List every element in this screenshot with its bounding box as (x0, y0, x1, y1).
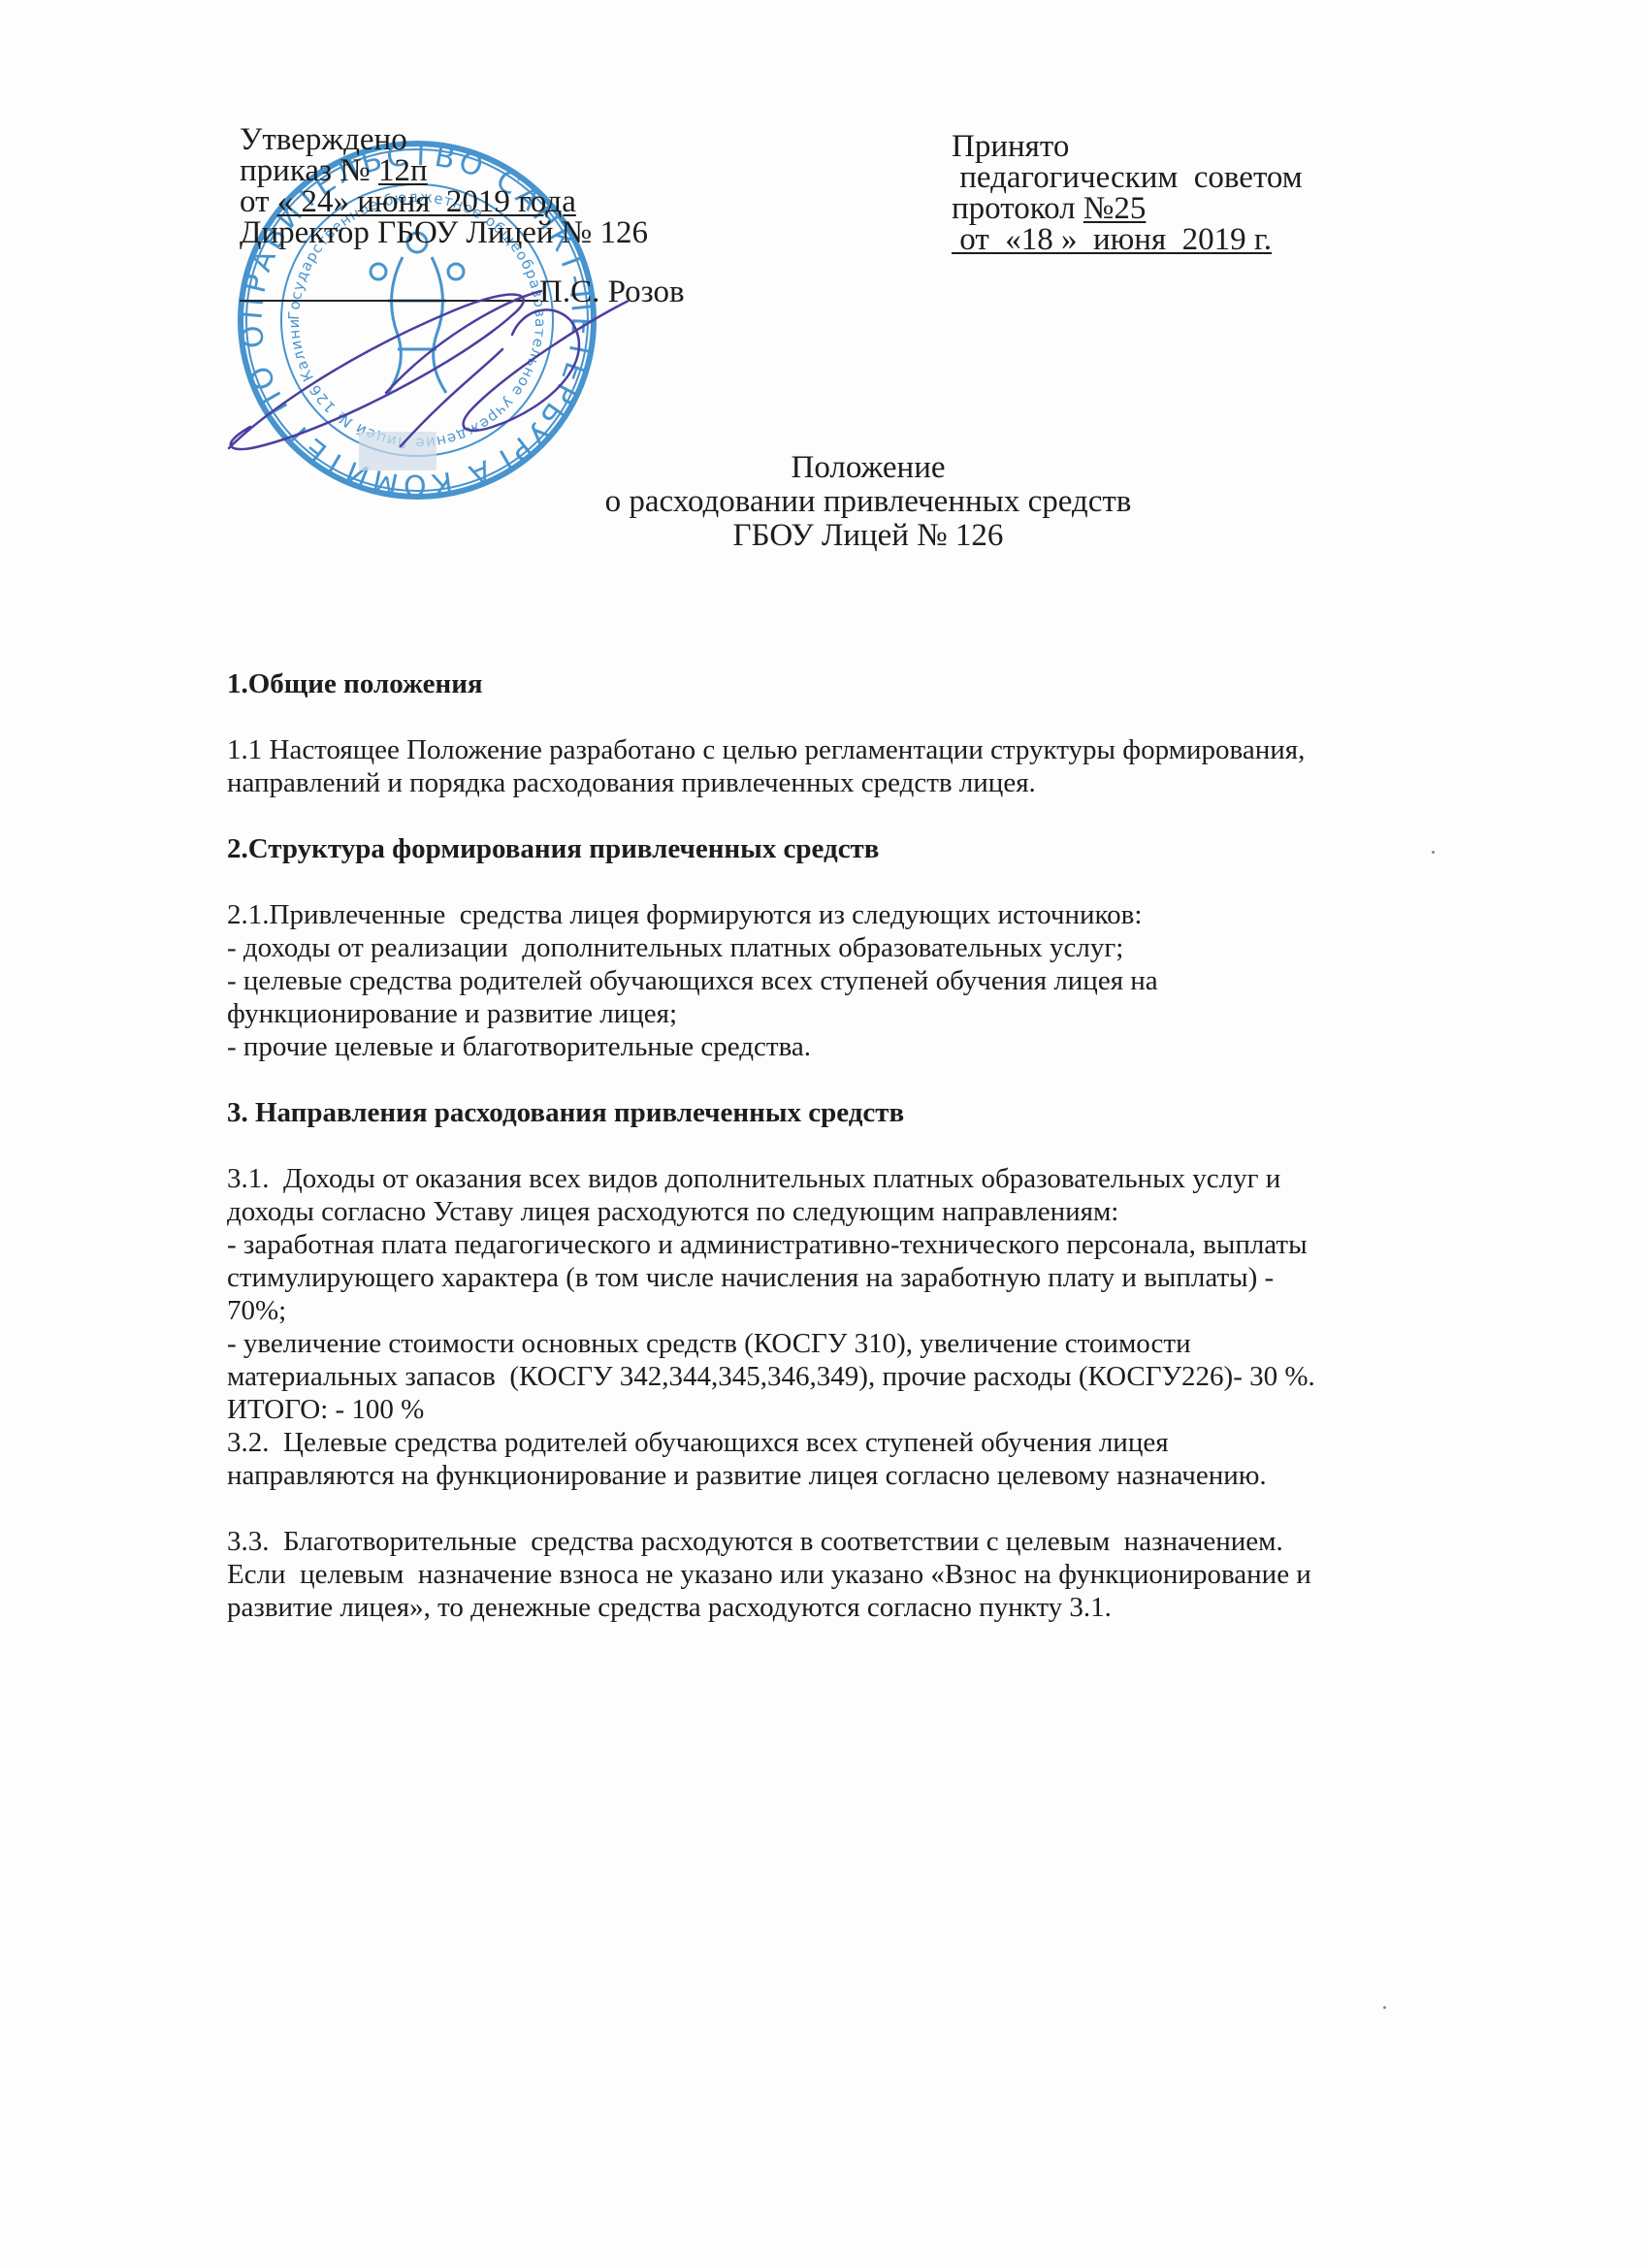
paragraph: Если целевым назначение взноса не указан… (227, 1558, 1517, 1591)
approved-label: Утверждено (240, 124, 648, 155)
list-item: - целевые средства родителей обучающихся… (227, 964, 1517, 997)
section-3-heading: 3. Направления расходования привлеченных… (227, 1096, 1517, 1129)
paragraph: 2.1.Привлеченные средства лицея формирую… (227, 898, 1517, 931)
paragraph: 1.1 Настоящее Положение разработано с це… (227, 733, 1517, 766)
protocol-line: протокол №25 (952, 193, 1303, 224)
list-item: - прочие целевые и благотворительные сре… (227, 1030, 1517, 1063)
paragraph: 3.2. Целевые средства родителей обучающи… (227, 1426, 1517, 1459)
list-item: - увеличение стоимости основных средств … (227, 1327, 1517, 1360)
list-item: функционирование и развитие лицея; (227, 997, 1517, 1030)
list-item: стимулирующего характера (в том числе на… (227, 1261, 1517, 1294)
acceptance-block: Принято педагогическим советом протокол … (952, 131, 1303, 255)
list-item: 70%; (227, 1294, 1517, 1327)
scan-speck (1432, 851, 1435, 854)
total-line: ИТОГО: - 100 % (227, 1393, 1517, 1426)
list-item: материальных запасов (КОСГУ 342,344,345,… (227, 1360, 1517, 1393)
director-title: Директор ГБОУ Лицей № 126 (240, 217, 648, 248)
order-date-line: от « 24» июня 2019 года (240, 186, 648, 217)
paragraph: 3.1. Доходы от оказания всех видов допол… (227, 1162, 1517, 1195)
order-date: « 24» июня 2019 года (277, 184, 576, 219)
section-1-heading: 1.Общие положения (227, 667, 1517, 700)
paragraph: 3.3. Благотворительные средства расходую… (227, 1525, 1517, 1558)
document-body: 1.Общие положения 1.1 Настоящее Положени… (227, 667, 1517, 1624)
paragraph: доходы согласно Уставу лицея расходуются… (227, 1195, 1517, 1228)
list-item: - доходы от реализации дополнительных пл… (227, 931, 1517, 964)
scan-speck (1383, 2006, 1386, 2009)
director-signature-icon (221, 281, 629, 475)
list-item: - заработная плата педагогического и адм… (227, 1228, 1517, 1261)
order-number: 12п (378, 153, 428, 188)
protocol-number: №25 (1083, 191, 1147, 226)
protocol-date: от «18 » июня 2019 г. (952, 224, 1303, 255)
paragraph: направлений и порядка расходования привл… (227, 766, 1517, 799)
section-2-heading: 2.Структура формирования привлеченных ср… (227, 832, 1517, 865)
title-line-3: ГБОУ Лицей № 126 (0, 519, 1649, 553)
council-label: педагогическим советом (952, 162, 1303, 193)
order-number-line: приказ № 12п (240, 155, 648, 186)
paragraph: развитие лицея», то денежные средства ра… (227, 1591, 1517, 1624)
approval-block: Утверждено приказ № 12п от « 24» июня 20… (240, 124, 648, 248)
accepted-label: Принято (952, 131, 1303, 162)
document-page: ПРАВИТЕЛЬСТВО САНКТ-ПЕТЕРБУРГА КОМИТЕТ П… (0, 0, 1649, 2268)
paragraph: направляются на функционирование и разви… (227, 1459, 1517, 1492)
